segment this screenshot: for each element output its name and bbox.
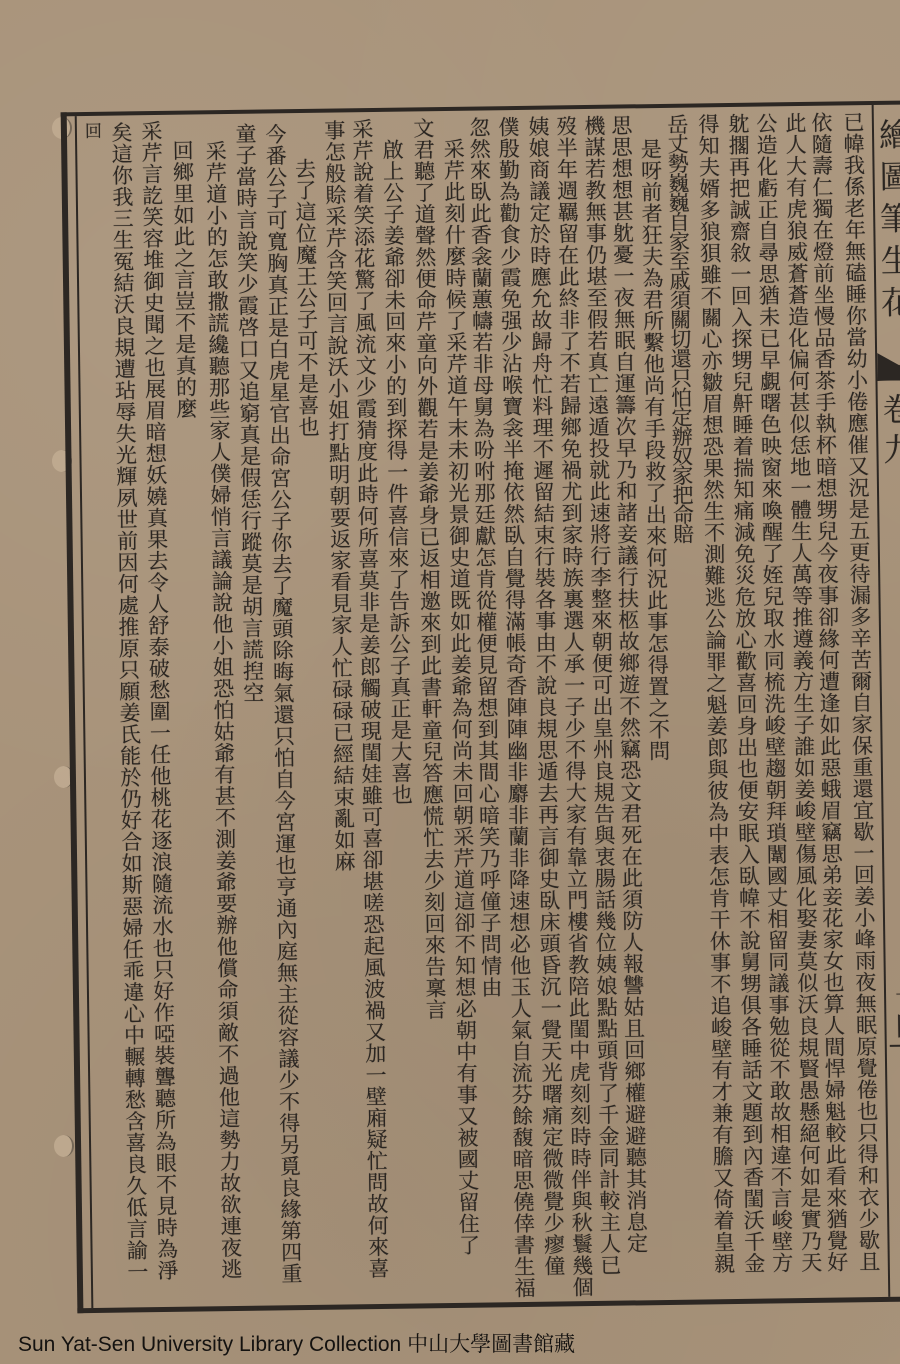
page-frame: 已幃我係老年無磕睡你當幼小倦應催又況是五更待漏多辛苦爾自家保重還宜歇一回姜小峰雨… [61, 100, 900, 1313]
watermark-caption: Sun Yat-Sen University Library Collectio… [18, 1333, 575, 1357]
margin-book-title: 繪圖筆生花 [876, 117, 900, 327]
fish-tail-ornament-icon [877, 352, 900, 381]
binding-hole [54, 1135, 74, 1157]
margin-volume-label: 卷九 [880, 392, 900, 472]
margin-page-number: 十四 [888, 982, 900, 1040]
margin-divider [890, 1044, 900, 1047]
